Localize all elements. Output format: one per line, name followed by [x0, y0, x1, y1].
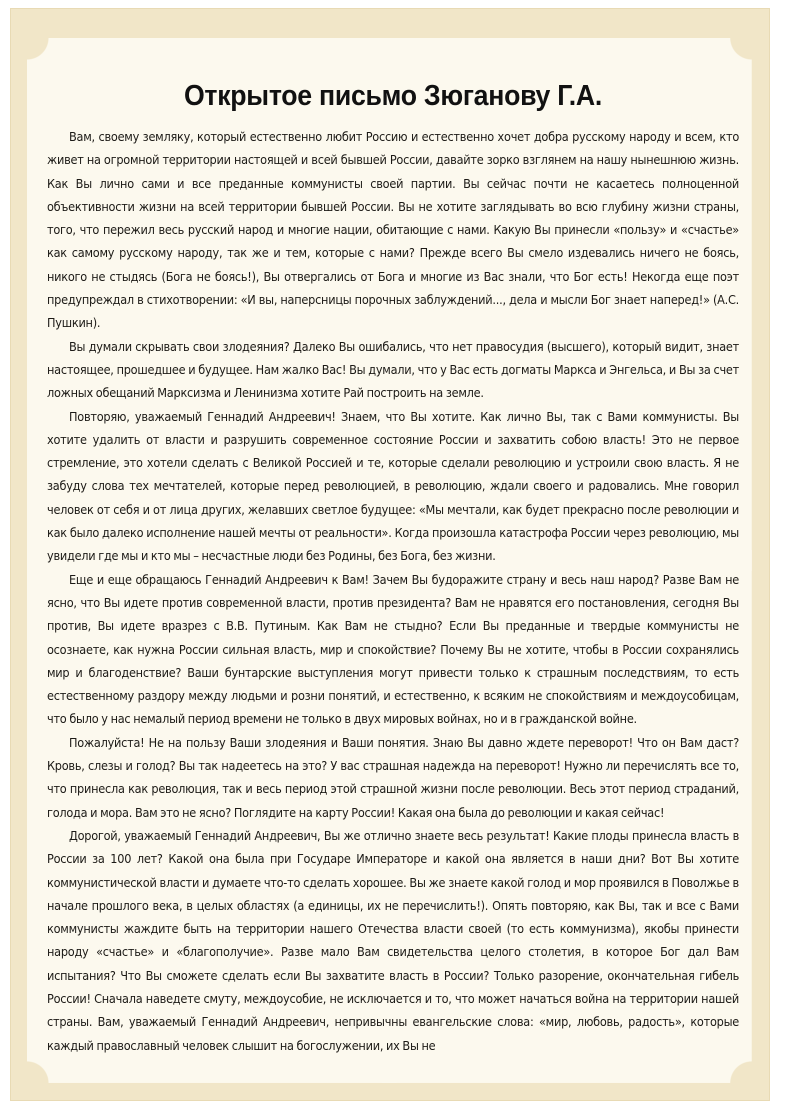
paragraph: Еще и еще обращаюсь Геннадий Андреевич к… — [47, 568, 739, 731]
letter-body: Вам, своему земляку, который естественно… — [47, 125, 739, 1057]
paragraph: Пожалуйста! Не на пользу Ваши злодеяния … — [47, 731, 739, 824]
paragraph: Повторяю, уважаемый Геннадий Андреевич! … — [47, 405, 739, 568]
letter-title: Открытое письмо Зюганову Г.А. — [75, 80, 712, 113]
paragraph: Вам, своему земляку, который естественно… — [47, 125, 739, 335]
paragraph: Дорогой, уважаемый Геннадий Андреевич, В… — [47, 824, 739, 1057]
letter-content: Открытое письмо Зюганову Г.А. Вам, своем… — [47, 80, 739, 1057]
paragraph: Вы думали скрывать свои злодеяния? Далек… — [47, 335, 739, 405]
